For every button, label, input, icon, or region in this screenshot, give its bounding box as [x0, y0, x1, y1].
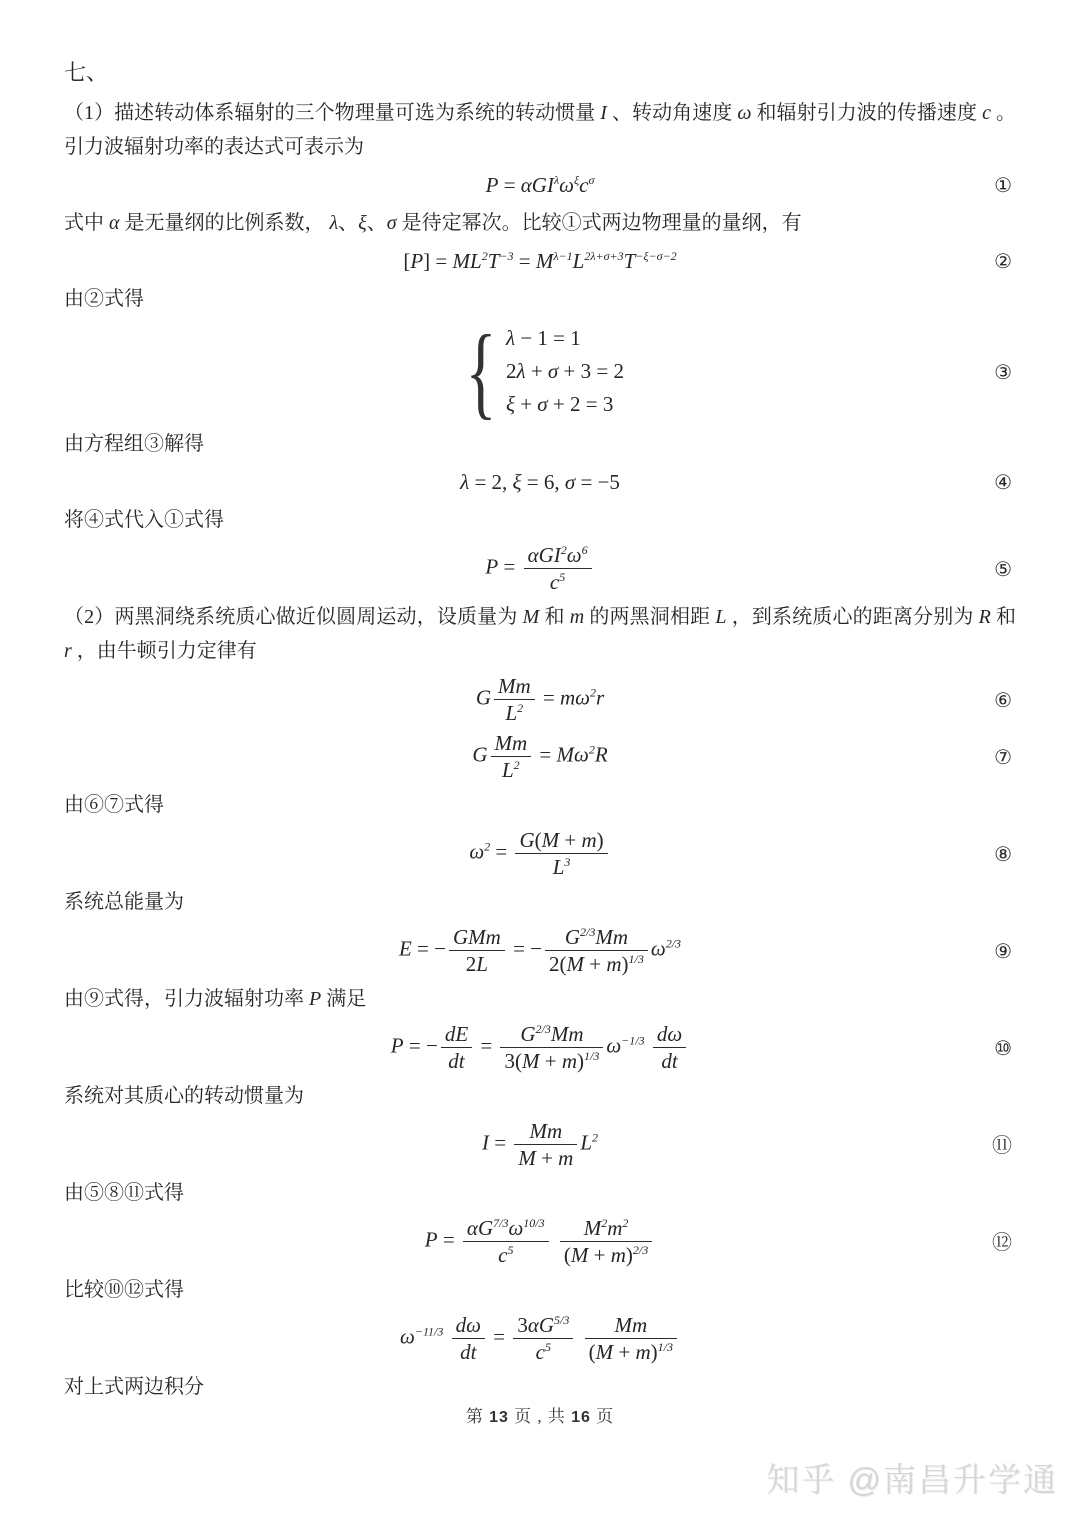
text-run: + — [536, 1146, 558, 1170]
text-run: （2）两黑洞绕系统质心做近似圆周运动，设质量为 — [64, 606, 523, 628]
math-variable: Mm — [595, 925, 628, 949]
math-variable: λ — [516, 359, 525, 383]
equation-row: λ = 2, ξ = 6, σ = −5④ — [64, 467, 1016, 497]
fraction-numerator: G(M + m) — [515, 828, 607, 853]
equation: E = −GMm2L = −G2/3Mm2(M + m)1/3ω2/3 — [399, 925, 681, 976]
superscript: 1/3 — [629, 952, 644, 966]
superscript: 2/3 — [666, 936, 681, 950]
fraction-numerator: dω — [653, 1022, 686, 1047]
text-run: 第 — [466, 1407, 489, 1426]
math-variable: m — [635, 1340, 650, 1364]
math-variable: T — [488, 249, 500, 273]
paragraph: 由⑥⑦式得 — [64, 788, 1016, 822]
text-run: = — [534, 742, 556, 766]
paragraph: （1）描述转动体系辐射的三个物理量可选为系统的转动惯量 I 、转动角速度 ω 和… — [64, 96, 1016, 164]
math-variable: GMm — [453, 925, 501, 949]
text-run — [576, 1324, 581, 1348]
superscript: 1/3 — [584, 1049, 599, 1063]
math-variable: m — [562, 1049, 577, 1073]
math-variable: Mω — [557, 742, 589, 766]
math-variable: ω — [508, 1216, 523, 1240]
fraction-numerator: αGI2ω6 — [524, 543, 592, 568]
superscript: −11/3 — [415, 1324, 444, 1338]
bold-number: 16 — [571, 1409, 591, 1426]
math-variable: c — [536, 1340, 545, 1364]
math-variable: P — [425, 1227, 438, 1251]
math-variable: M — [596, 1340, 614, 1364]
superscript: −3 — [499, 249, 513, 263]
text-run: 、 — [367, 212, 387, 234]
superscript: −ξ−σ−2 — [635, 249, 676, 263]
fraction-numerator: dE — [441, 1022, 472, 1047]
equation-row: GMmL2 = mω2r⑥ — [64, 674, 1016, 725]
text-run: = — [538, 685, 560, 709]
fraction: G(M + m)L3 — [515, 828, 607, 879]
math-variable: c — [982, 102, 991, 124]
text-run: + — [526, 359, 548, 383]
math-variable: R — [979, 606, 991, 628]
fraction-denominator: (M + m)1/3 — [585, 1338, 677, 1364]
math-variable: L — [573, 249, 585, 273]
superscript: 5 — [545, 1340, 551, 1354]
superscript: 2 — [514, 758, 520, 772]
text-run: + — [559, 828, 581, 852]
text-run: 3( — [504, 1049, 522, 1073]
math-variable: Mm — [529, 1119, 562, 1143]
fraction-denominator: 2(M + m)1/3 — [545, 950, 648, 976]
equation-number: ⑪ — [992, 1130, 1012, 1160]
system-line: 2λ + σ + 3 = 2 — [506, 355, 624, 388]
text-run: 2( — [549, 952, 567, 976]
math-variable: m — [611, 1243, 626, 1267]
math-variable: I — [482, 1130, 489, 1154]
text-run: 和 — [539, 606, 569, 628]
text-run: 3 — [517, 1313, 528, 1337]
text-run: 由②式得 — [64, 288, 144, 310]
fraction-denominator: c5 — [463, 1241, 549, 1267]
math-variable: c — [550, 570, 559, 594]
equation-number: ⑨ — [994, 936, 1012, 966]
equation-row: [P] = ML2T−3 = Mλ−1L2λ+σ+3T−ξ−σ−2② — [64, 246, 1016, 276]
equation-number: ④ — [994, 467, 1012, 497]
math-variable: T — [624, 249, 636, 273]
math-variable: σ — [565, 470, 575, 494]
text-run — [552, 1227, 557, 1251]
fraction: MmL2 — [491, 731, 532, 782]
superscript: 5 — [507, 1243, 513, 1257]
math-variable: λ — [506, 326, 515, 350]
math-variable: ω — [469, 839, 484, 863]
text-run: ] = — [423, 249, 452, 273]
document-page: 七、（1）描述转动体系辐射的三个物理量可选为系统的转动惯量 I 、转动角速度 ω… — [0, 0, 1080, 1527]
paragraph: 系统总能量为 — [64, 885, 1016, 919]
equation: ω−11/3 dωdt = 3αG5/3c5 Mm(M + m)1/3 — [400, 1313, 680, 1364]
fraction-numerator: dω — [452, 1313, 485, 1338]
math-variable: P — [486, 173, 499, 197]
text-run: + 3 = 2 — [558, 359, 624, 383]
fraction: 3αG5/3c5 — [513, 1313, 573, 1364]
text-run: = − — [404, 1033, 438, 1057]
fraction: dωdt — [653, 1022, 686, 1073]
math-variable: L — [580, 1130, 592, 1154]
equation: ω2 = G(M + m)L3 — [469, 828, 610, 879]
text-run: 七、 — [64, 60, 108, 85]
math-variable: G — [565, 925, 580, 949]
text-run: 由方程组③解得 — [64, 433, 204, 455]
equation-row: P = αG7/3ω10/3c5 M2m2(M + m)2/3⑫ — [64, 1216, 1016, 1267]
math-variable: λ — [460, 470, 469, 494]
paragraph: 由②式得 — [64, 282, 1016, 316]
math-variable: M — [536, 249, 554, 273]
math-variable: M — [522, 1049, 540, 1073]
math-variable: m — [606, 952, 621, 976]
equation-system: {λ − 1 = 12λ + σ + 3 = 2ξ + σ + 2 = 3 — [456, 322, 624, 421]
text-run: 对上式两边积分 — [64, 1376, 204, 1398]
math-variable: L — [476, 952, 488, 976]
math-variable: dE — [445, 1022, 468, 1046]
text-run: 由⑤⑧⑪式得 — [64, 1182, 184, 1204]
text-run: 是待定幂次。比较①式两边物理量的量纲，有 — [397, 212, 802, 234]
math-variable: ξ — [513, 470, 522, 494]
equation-row: {λ − 1 = 12λ + σ + 3 = 2ξ + σ + 2 = 3③ — [64, 322, 1016, 421]
equation-row: E = −GMm2L = −G2/3Mm2(M + m)1/3ω2/3⑨ — [64, 925, 1016, 976]
math-variable: P — [309, 988, 321, 1010]
math-variable: Mm — [495, 731, 528, 755]
equation-number: ① — [994, 170, 1012, 200]
text-run: = 6, — [522, 470, 565, 494]
superscript: 10/3 — [523, 1216, 544, 1230]
fraction-numerator: Mm — [585, 1313, 677, 1338]
text-run: 2 — [466, 952, 477, 976]
math-variable: ML — [453, 249, 482, 273]
text-run: 将④式代入①式得 — [64, 509, 224, 531]
text-run: ( — [589, 1340, 596, 1364]
math-variable: M — [584, 1216, 602, 1240]
fraction-denominator: dt — [441, 1047, 472, 1073]
fraction-denominator: (M + m)2/3 — [560, 1241, 652, 1267]
paragraph: 将④式代入①式得 — [64, 503, 1016, 537]
equation: GMmL2 = Mω2R — [472, 731, 607, 782]
math-variable: L — [715, 606, 726, 628]
math-variable: G — [476, 685, 491, 709]
text-run: = — [488, 1324, 510, 1348]
text-run: − 1 = 1 — [515, 326, 581, 350]
math-variable: G — [520, 1022, 535, 1046]
equation: P = αGI2ω6c5 — [485, 543, 594, 594]
text-run: 系统总能量为 — [64, 891, 184, 913]
text-run: 系统对其质心的转动惯量为 — [64, 1085, 304, 1107]
fraction-numerator: G2/3Mm — [545, 925, 648, 950]
text-run: ) — [577, 1049, 584, 1073]
text-run: ，到系统质心的距离分别为 — [727, 606, 979, 628]
text-run: ( — [535, 828, 542, 852]
math-variable: M — [523, 606, 540, 628]
equation-row: P = αGIλωξcσ① — [64, 170, 1016, 200]
fraction: MmM + m — [514, 1119, 577, 1170]
math-variable: λ — [330, 212, 339, 234]
superscript: 6 — [582, 543, 588, 557]
fraction-numerator: Mm — [491, 731, 532, 756]
math-variable: M — [571, 1243, 589, 1267]
text-run: ) — [597, 828, 604, 852]
text-run: = 2, — [469, 470, 512, 494]
math-variable: dω — [456, 1313, 481, 1337]
fraction-denominator: L2 — [494, 699, 535, 725]
equation: GMmL2 = mω2r — [476, 674, 604, 725]
equation-number: ② — [994, 246, 1012, 276]
superscript: σ — [588, 173, 594, 187]
text-run: ，由牛顿引力定律有 — [72, 640, 257, 662]
equation-number: ⑧ — [994, 839, 1012, 869]
math-variable: ω — [651, 936, 666, 960]
text-run: = — [498, 554, 520, 578]
text-run: 和辐射引力波的传播速度 — [751, 102, 982, 124]
math-variable: M — [518, 1146, 536, 1170]
math-variable: R — [595, 742, 608, 766]
fraction: Mm(M + m)1/3 — [585, 1313, 677, 1364]
text-run: 2 — [506, 359, 517, 383]
text-run: = − — [508, 936, 542, 960]
equation-row: P = αGI2ω6c5⑤ — [64, 543, 1016, 594]
paragraph: 比较⑩⑫式得 — [64, 1273, 1016, 1307]
equation-number: ⑤ — [994, 554, 1012, 584]
math-variable: E — [399, 936, 412, 960]
fraction-denominator: c5 — [513, 1338, 573, 1364]
math-variable: P — [391, 1033, 404, 1057]
superscript: 5/3 — [554, 1313, 569, 1327]
superscript: 1/3 — [658, 1340, 673, 1354]
superscript: 2/3 — [633, 1243, 648, 1257]
paragraph: 系统对其质心的转动惯量为 — [64, 1079, 1016, 1113]
superscript: λ−1 — [553, 249, 572, 263]
equation: I = MmM + mL2 — [482, 1119, 598, 1170]
math-variable: mω — [560, 685, 590, 709]
fraction-numerator: Mm — [494, 674, 535, 699]
equation-row: I = MmM + mL2⑪ — [64, 1119, 1016, 1170]
math-variable: m — [558, 1146, 573, 1170]
system-line: λ − 1 = 1 — [506, 322, 624, 355]
paragraph: （2）两黑洞绕系统质心做近似圆周运动，设质量为 M 和 m 的两黑洞相距 L ，… — [64, 600, 1016, 668]
math-variable: σ — [387, 212, 397, 234]
text-run: + — [515, 392, 537, 416]
text-run: 由⑨式得，引力波辐射功率 — [64, 988, 309, 1010]
paragraph: 由方程组③解得 — [64, 427, 1016, 461]
fraction: G2/3Mm3(M + m)1/3 — [500, 1022, 603, 1073]
superscript: 2 — [622, 1216, 628, 1230]
system-lines: λ − 1 = 12λ + σ + 3 = 2ξ + σ + 2 = 3 — [506, 322, 624, 421]
bold-number: 13 — [489, 1409, 509, 1426]
math-variable: r — [64, 640, 72, 662]
text-run — [443, 1324, 448, 1348]
left-brace-icon: { — [466, 324, 497, 420]
math-variable: αG — [467, 1216, 493, 1240]
math-variable: G — [519, 828, 534, 852]
fraction: GMm2L — [449, 925, 505, 976]
text-run: + — [613, 1340, 635, 1364]
superscript: 3 — [564, 855, 570, 869]
paragraph: 对上式两边积分 — [64, 1370, 1016, 1404]
superscript: 2 — [517, 701, 523, 715]
paragraph: 式中 α 是无量纲的比例系数， λ、ξ、σ 是待定幂次。比较①式两边物理量的量纲… — [64, 206, 1016, 240]
text-run: 页 — [591, 1407, 614, 1426]
superscript: −1/3 — [621, 1033, 644, 1047]
text-run: ( — [564, 1243, 571, 1267]
math-variable: M — [542, 828, 560, 852]
text-run: = − — [412, 936, 446, 960]
fraction-numerator: GMm — [449, 925, 505, 950]
math-variable: σ — [537, 392, 547, 416]
equation: [P] = ML2T−3 = Mλ−1L2λ+σ+3T−ξ−σ−2 — [403, 246, 676, 276]
equation-row: P = −dEdt = G2/3Mm3(M + m)1/3ω−1/3 dωdt⑩ — [64, 1022, 1016, 1073]
equation: P = αGIλωξcσ — [486, 170, 595, 200]
equation: P = αG7/3ω10/3c5 M2m2(M + m)2/3 — [425, 1216, 656, 1267]
fraction-numerator: αG7/3ω10/3 — [463, 1216, 549, 1241]
text-run: 、 — [338, 212, 358, 234]
text-run: = — [489, 1130, 511, 1154]
math-variable: dt — [460, 1340, 476, 1364]
math-variable: M — [567, 952, 585, 976]
equation: λ = 2, ξ = 6, σ = −5 — [460, 467, 620, 497]
math-variable: ξ — [358, 212, 367, 234]
superscript: 7/3 — [493, 1216, 508, 1230]
text-run: + — [584, 952, 606, 976]
fraction-numerator: Mm — [514, 1119, 577, 1144]
text-run: ) — [626, 1243, 633, 1267]
equation-number: ⑫ — [992, 1227, 1012, 1257]
math-variable: dω — [657, 1022, 682, 1046]
math-variable: L — [505, 701, 517, 725]
fraction: G2/3Mm2(M + m)1/3 — [545, 925, 648, 976]
fraction: M2m2(M + m)2/3 — [560, 1216, 652, 1267]
equation-row: GMmL2 = Mω2R⑦ — [64, 731, 1016, 782]
fraction-numerator: G2/3Mm — [500, 1022, 603, 1047]
fraction-denominator: 2L — [449, 950, 505, 976]
math-variable: αG — [528, 1313, 554, 1337]
text-run: ) — [622, 952, 629, 976]
equation-number: ⑦ — [994, 742, 1012, 772]
superscript: 5 — [559, 570, 565, 584]
text-run: = — [475, 1033, 497, 1057]
text-run: ) — [651, 1340, 658, 1364]
equation-row: ω−11/3 dωdt = 3αG5/3c5 Mm(M + m)1/3 — [64, 1313, 1016, 1364]
text-run: 的两黑洞相距 — [584, 606, 715, 628]
equation-number: ⑩ — [994, 1033, 1012, 1063]
text-run: + — [539, 1049, 561, 1073]
math-variable: Mm — [551, 1022, 584, 1046]
fraction-numerator: 3αG5/3 — [513, 1313, 573, 1338]
text-run: 是无量纲的比例系数， — [120, 212, 330, 234]
watermark: 知乎 @南昌升学通 — [766, 1454, 1058, 1501]
math-variable: G — [472, 742, 487, 766]
system-line: ξ + σ + 2 = 3 — [506, 388, 624, 421]
text-run: 和 — [991, 606, 1016, 628]
text-run: = — [490, 839, 512, 863]
math-variable: m — [582, 828, 597, 852]
text-run: 、转动角速度 — [607, 102, 737, 124]
math-variable: α — [109, 212, 120, 234]
math-variable: ω — [606, 1033, 621, 1057]
text-run: = — [513, 249, 535, 273]
equation: P = −dEdt = G2/3Mm3(M + m)1/3ω−1/3 dωdt — [391, 1022, 689, 1073]
math-variable: I — [600, 102, 607, 124]
text-run — [645, 1033, 650, 1057]
text-run: （1）描述转动体系辐射的三个物理量可选为系统的转动惯量 — [64, 102, 600, 124]
fraction-denominator: 3(M + m)1/3 — [500, 1047, 603, 1073]
math-variable: σ — [548, 359, 558, 383]
fraction-denominator: dt — [653, 1047, 686, 1073]
math-variable: Mm — [614, 1313, 647, 1337]
text-run: + — [588, 1243, 610, 1267]
math-variable: αGI — [528, 543, 561, 567]
math-variable: αGI — [521, 173, 554, 197]
paragraph: 由⑨式得，引力波辐射功率 P 满足 — [64, 982, 1016, 1016]
fraction: αGI2ω6c5 — [524, 543, 592, 594]
text-run: = — [438, 1227, 460, 1251]
fraction-denominator: L2 — [491, 756, 532, 782]
math-variable: dt — [448, 1049, 464, 1073]
math-variable: L — [502, 758, 514, 782]
math-variable: P — [485, 554, 498, 578]
fraction-denominator: dt — [452, 1338, 485, 1364]
math-variable: Mm — [498, 674, 531, 698]
fraction: αG7/3ω10/3c5 — [463, 1216, 549, 1267]
math-variable: ω — [737, 102, 751, 124]
fraction: dωdt — [452, 1313, 485, 1364]
fraction-numerator: M2m2 — [560, 1216, 652, 1241]
text-run: = — [498, 173, 520, 197]
superscript: 2 — [592, 1130, 598, 1144]
footer-page-indicator: 第 13 页 , 共 16 页 — [0, 1402, 1080, 1427]
math-variable: ω — [559, 173, 574, 197]
math-variable: ω — [567, 543, 582, 567]
math-variable: ω — [400, 1324, 415, 1348]
math-variable: ξ — [506, 392, 515, 416]
math-variable: L — [553, 855, 565, 879]
section-heading: 七、 — [64, 56, 1016, 90]
fraction: MmL2 — [494, 674, 535, 725]
fraction-denominator: L3 — [515, 853, 607, 879]
paragraph: 由⑤⑧⑪式得 — [64, 1176, 1016, 1210]
superscript: 2/3 — [580, 925, 595, 939]
math-variable: m — [570, 606, 584, 628]
text-run: 页 , 共 — [509, 1407, 571, 1426]
fraction-denominator: c5 — [524, 568, 592, 594]
math-variable: m — [607, 1216, 622, 1240]
text-run: 比较⑩⑫式得 — [64, 1279, 184, 1301]
text-run: + 2 = 3 — [548, 392, 614, 416]
superscript: 2λ+σ+3 — [584, 249, 623, 263]
math-variable: dt — [661, 1049, 677, 1073]
fraction-denominator: M + m — [514, 1144, 577, 1170]
text-run: 式中 — [64, 212, 109, 234]
math-variable: P — [410, 249, 423, 273]
equation-number: ③ — [994, 357, 1012, 387]
superscript: 2/3 — [535, 1022, 550, 1036]
text-run: 由⑥⑦式得 — [64, 794, 164, 816]
math-variable: r — [596, 685, 604, 709]
text-run: = −5 — [575, 470, 620, 494]
fraction: dEdt — [441, 1022, 472, 1073]
document-flow: 七、（1）描述转动体系辐射的三个物理量可选为系统的转动惯量 I 、转动角速度 ω… — [0, 0, 1080, 1404]
equation-number: ⑥ — [994, 685, 1012, 715]
equation-row: ω2 = G(M + m)L3⑧ — [64, 828, 1016, 879]
text-run: 满足 — [321, 988, 366, 1010]
